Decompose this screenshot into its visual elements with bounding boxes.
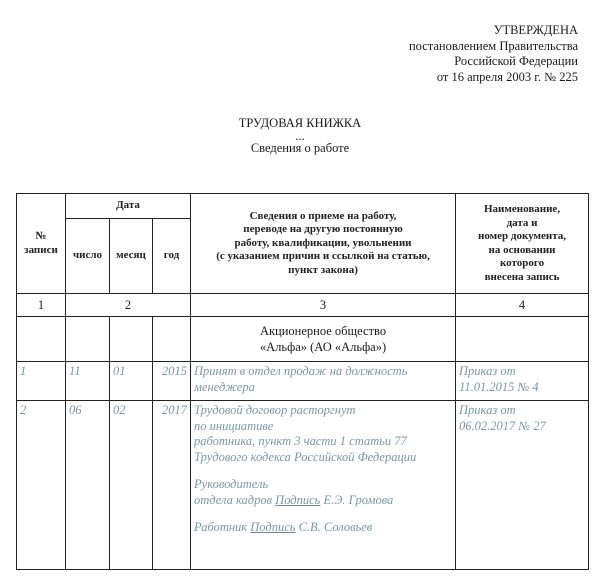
ellipsis: ... <box>0 131 600 141</box>
organization-row: Акционерное общество «Альфа» (АО «Альфа»… <box>17 317 589 362</box>
column-number: 1 <box>17 294 66 317</box>
header-record-no: № записи <box>17 194 66 294</box>
worker-signature-line: Работник Подпись С.В. Соловьев <box>194 520 452 536</box>
record-no: 1 <box>17 362 66 401</box>
document-title: ТРУДОВАЯ КНИЖКА ... Сведения о работе <box>0 116 600 156</box>
section-title: Сведения о работе <box>0 141 600 156</box>
record-no: 2 <box>17 401 66 570</box>
approval-title: УТВЕРЖДЕНА <box>409 23 578 39</box>
header-year: год <box>153 219 191 294</box>
header-month: месяц <box>110 219 153 294</box>
worker-name: С.В. Соловьев <box>299 520 373 534</box>
record-year: 2015 <box>153 362 191 401</box>
approval-stamp: УТВЕРЖДЕНА постановлением Правительства … <box>409 23 578 85</box>
hr-title: Руководитель <box>194 477 452 493</box>
header-document: Наименование, дата и номер документа, на… <box>456 194 589 294</box>
employment-record-table: № записи Дата Сведения о приеме на работ… <box>16 193 589 570</box>
record-info: Принят в отдел продаж на должность менед… <box>191 362 456 401</box>
record-info: Трудовой договор расторгнут по инициатив… <box>191 401 456 570</box>
column-number: 4 <box>456 294 589 317</box>
column-number: 3 <box>191 294 456 317</box>
record-month: 01 <box>110 362 153 401</box>
header-date: Дата <box>66 194 191 219</box>
record-year: 2017 <box>153 401 191 570</box>
approval-line: постановлением Правительства <box>409 39 578 55</box>
record-month: 02 <box>110 401 153 570</box>
table-row: 2 06 02 2017 Трудовой договор расторгнут… <box>17 401 589 570</box>
approval-date: от 16 апреля 2003 г. № 225 <box>409 70 578 86</box>
record-document: Приказ от 11.01.2015 № 4 <box>456 362 589 401</box>
record-day: 11 <box>66 362 110 401</box>
organization-name: Акционерное общество «Альфа» (АО «Альфа»… <box>191 317 456 362</box>
column-numbers-row: 1 2 3 4 <box>17 294 589 317</box>
table-row: 1 11 01 2015 Принят в отдел продаж на до… <box>17 362 589 401</box>
record-day: 06 <box>66 401 110 570</box>
header-info: Сведения о приеме на работу, переводе на… <box>191 194 456 294</box>
worker-signature: Подпись <box>250 520 295 534</box>
hr-signature: Подпись <box>275 493 320 507</box>
approval-line: Российской Федерации <box>409 54 578 70</box>
hr-signature-line: отдела кадров Подпись Е.Э. Громова <box>194 493 452 509</box>
column-number: 2 <box>66 294 191 317</box>
hr-name: Е.Э. Громова <box>323 493 393 507</box>
header-day: число <box>66 219 110 294</box>
record-document: Приказ от 06.02.2017 № 27 <box>456 401 589 570</box>
